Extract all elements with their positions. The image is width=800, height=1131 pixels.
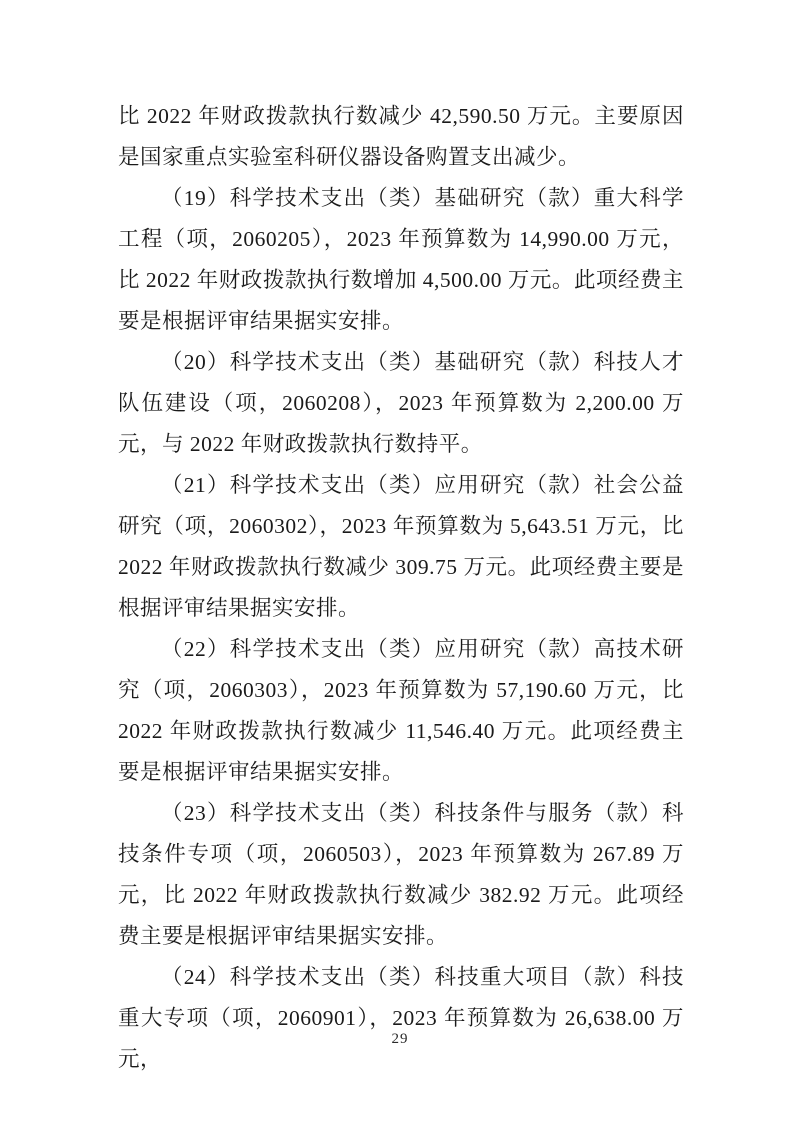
page-number: 29 [0,1031,800,1048]
document-page: 比 2022 年财政拨款执行数减少 42,590.50 万元。主要原因是国家重点… [0,0,800,1131]
paragraph-continuation: 比 2022 年财政拨款执行数减少 42,590.50 万元。主要原因是国家重点… [118,96,684,178]
document-body: 比 2022 年财政拨款执行数减少 42,590.50 万元。主要原因是国家重点… [118,96,684,1080]
paragraph-item-24: （24）科学技术支出（类）科技重大项目（款）科技重大专项（项，2060901），… [118,957,684,1080]
paragraph-item-20: （20）科学技术支出（类）基础研究（款）科技人才队伍建设（项，2060208），… [118,342,684,465]
paragraph-item-22: （22）科学技术支出（类）应用研究（款）高技术研究（项，2060303），202… [118,629,684,793]
paragraph-item-23: （23）科学技术支出（类）科技条件与服务（款）科技条件专项（项，2060503）… [118,793,684,957]
paragraph-item-19: （19）科学技术支出（类）基础研究（款）重大科学工程（项，2060205），20… [118,178,684,342]
paragraph-item-21: （21）科学技术支出（类）应用研究（款）社会公益研究（项，2060302），20… [118,465,684,629]
